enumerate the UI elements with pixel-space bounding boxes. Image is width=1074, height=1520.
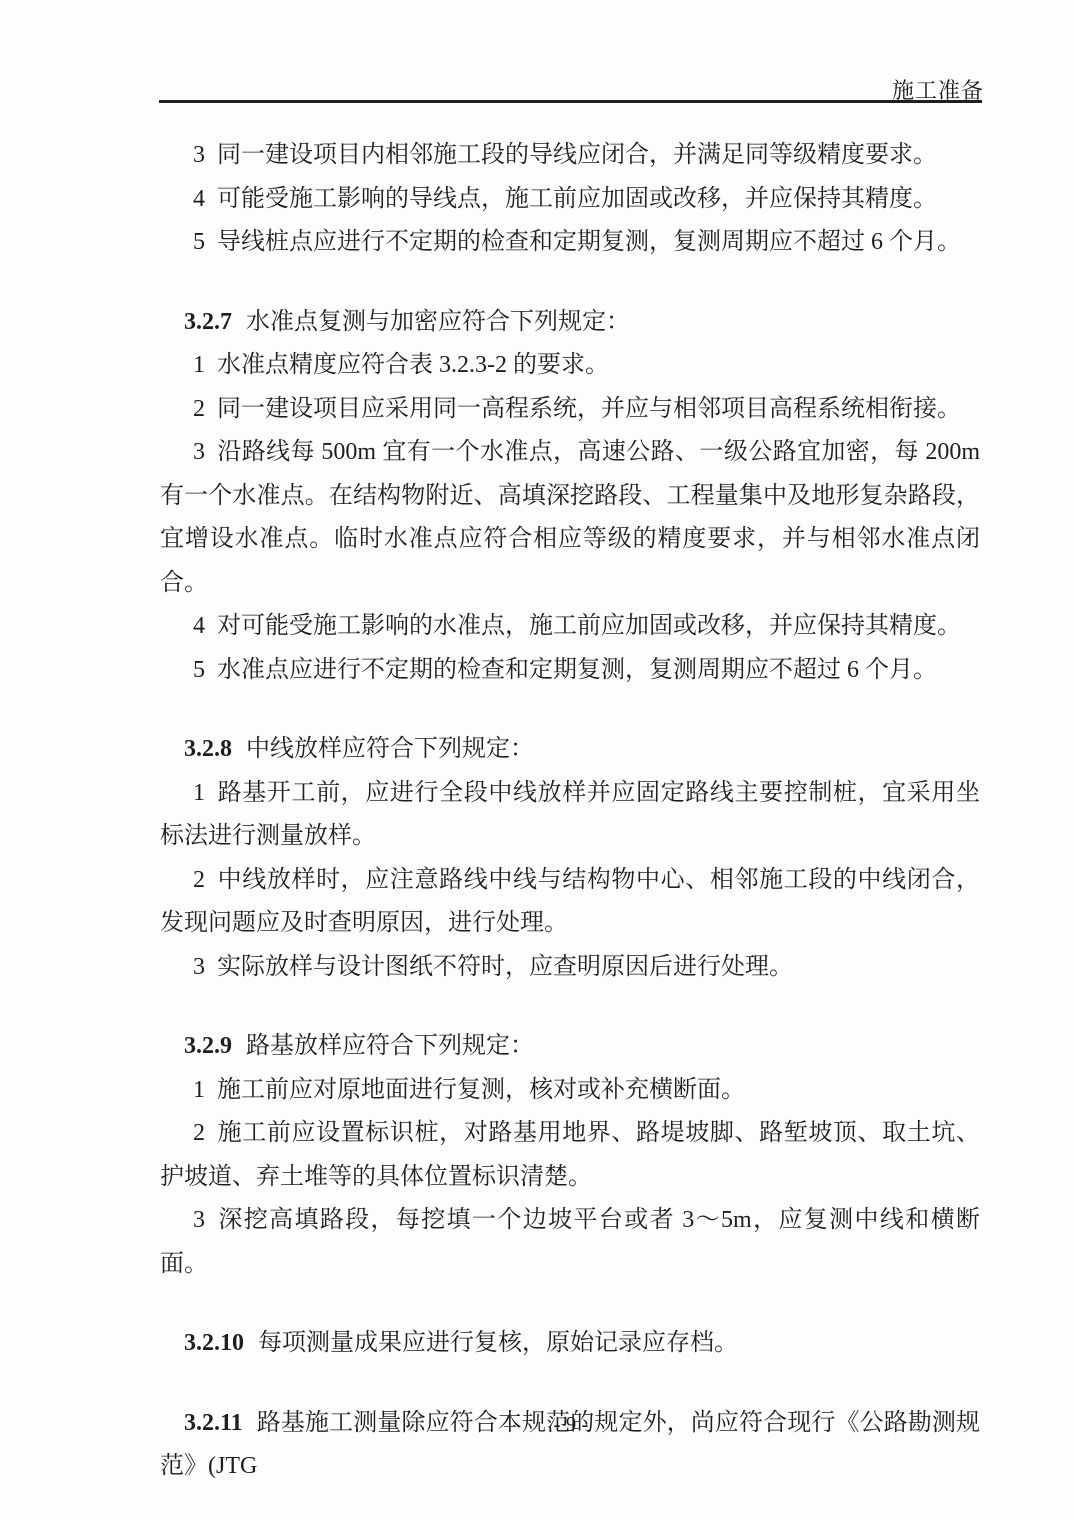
section-text: 每项测量成果应进行复核，原始记录应存档。 — [258, 1330, 738, 1356]
section-number: 3.2.7 — [184, 309, 232, 335]
item-text: 导线桩点应进行不定期的检查和定期复测，复测周期应不超过 6 个月。 — [217, 229, 961, 255]
item-text: 实际放样与设计图纸不符时，应查明原因后进行处理。 — [217, 954, 793, 980]
item-number: 2 — [193, 867, 205, 893]
document-page: 施工准备 3同一建设项目内相邻施工段的导线应闭合，并满足同等级精度要求。4可能受… — [0, 0, 1074, 1520]
item-paragraph: 3实际放样与设计图纸不符时，应查明原因后进行处理。 — [160, 946, 980, 990]
item-text: 路基开工前，应进行全段中线放样并应固定路线主要控制桩，宜采用坐标法进行测量放样。 — [160, 780, 980, 850]
item-paragraph: 2同一建设项目应采用同一高程系统，并应与相邻项目高程系统相衔接。 — [160, 388, 980, 432]
item-text: 沿路线每 500m 宜有一个水准点，高速公路、一级公路宜加密，每 200m 有一… — [160, 439, 980, 596]
item-text: 中线放样时，应注意路线中线与结构物中心、相邻施工段的中线闭合，发现问题应及时查明… — [160, 867, 980, 937]
item-paragraph: 5水准点应进行不定期的检查和定期复测，复测周期应不超过 6 个月。 — [160, 649, 980, 693]
item-text: 同一建设项目应采用同一高程系统，并应与相邻项目高程系统相衔接。 — [217, 396, 961, 422]
item-number: 3 — [193, 439, 205, 465]
section-number: 3.2.8 — [184, 736, 232, 762]
item-paragraph: 2中线放样时，应注意路线中线与结构物中心、相邻施工段的中线闭合，发现问题应及时查… — [160, 859, 980, 946]
section-number: 3.2.10 — [184, 1330, 244, 1356]
item-text: 施工前应对原地面进行复测，核对或补充横断面。 — [217, 1077, 745, 1103]
item-paragraph: 1施工前应对原地面进行复测，核对或补充横断面。 — [160, 1069, 980, 1113]
item-paragraph: 3沿路线每 500m 宜有一个水准点，高速公路、一级公路宜加密，每 200m 有… — [160, 431, 980, 605]
section-paragraph: 3.2.7水准点复测与加密应符合下列规定： — [160, 301, 980, 345]
item-paragraph: 3同一建设项目内相邻施工段的导线应闭合，并满足同等级精度要求。 — [160, 134, 980, 178]
section-paragraph: 3.2.9路基放样应符合下列规定： — [160, 1025, 980, 1069]
item-number: 1 — [193, 352, 205, 378]
document-body: 3同一建设项目内相邻施工段的导线应闭合，并满足同等级精度要求。4可能受施工影响的… — [160, 134, 980, 1489]
item-text: 施工前应设置标识桩，对路基用地界、路堤坡脚、路堑坡顶、取土坑、护坡道、弃土堆等的… — [160, 1120, 980, 1190]
item-text: 水准点应进行不定期的检查和定期复测，复测周期应不超过 6 个月。 — [217, 657, 937, 683]
item-paragraph: 3深挖高填路段，每挖填一个边坡平台或者 3～5m，应复测中线和横断面。 — [160, 1199, 980, 1286]
section-text: 路基放样应符合下列规定： — [246, 1033, 534, 1059]
item-paragraph: 1水准点精度应符合表 3.2.3-2 的要求。 — [160, 344, 980, 388]
section-text: 中线放样应符合下列规定： — [246, 736, 534, 762]
item-text: 可能受施工影响的导线点，施工前应加固或改移，并应保持其精度。 — [217, 186, 937, 212]
item-text: 深挖高填路段，每挖填一个边坡平台或者 3～5m，应复测中线和横断面。 — [160, 1207, 980, 1277]
item-number: 1 — [193, 780, 205, 806]
item-text: 对可能受施工影响的水准点，施工前应加固或改移，并应保持其精度。 — [217, 613, 961, 639]
header-rule — [159, 100, 982, 103]
page-number: - 9 - — [554, 1412, 589, 1436]
section-paragraph: 3.2.10每项测量成果应进行复核，原始记录应存档。 — [160, 1322, 980, 1366]
item-number: 5 — [193, 657, 205, 683]
item-paragraph: 2施工前应设置标识桩，对路基用地界、路堤坡脚、路堑坡顶、取土坑、护坡道、弃土堆等… — [160, 1112, 980, 1199]
item-number: 2 — [193, 1120, 205, 1146]
page-footer: - 9 - — [160, 1412, 982, 1437]
item-paragraph: 5导线桩点应进行不定期的检查和定期复测，复测周期应不超过 6 个月。 — [160, 221, 980, 265]
item-paragraph: 1路基开工前，应进行全段中线放样并应固定路线主要控制桩，宜采用坐标法进行测量放样… — [160, 772, 980, 859]
item-number: 3 — [193, 954, 205, 980]
item-paragraph: 4对可能受施工影响的水准点，施工前应加固或改移，并应保持其精度。 — [160, 605, 980, 649]
item-text: 水准点精度应符合表 3.2.3-2 的要求。 — [217, 352, 609, 378]
item-number: 2 — [193, 396, 205, 422]
item-number: 4 — [193, 613, 205, 639]
item-number: 3 — [193, 1207, 205, 1233]
item-number: 3 — [193, 142, 205, 168]
item-text: 同一建设项目内相邻施工段的导线应闭合，并满足同等级精度要求。 — [217, 142, 937, 168]
section-number: 3.2.9 — [184, 1033, 232, 1059]
item-number: 1 — [193, 1077, 205, 1103]
item-paragraph: 4可能受施工影响的导线点，施工前应加固或改移，并应保持其精度。 — [160, 178, 980, 222]
item-number: 4 — [193, 186, 205, 212]
section-text: 水准点复测与加密应符合下列规定： — [246, 309, 630, 335]
section-paragraph: 3.2.8中线放样应符合下列规定： — [160, 728, 980, 772]
item-number: 5 — [193, 229, 205, 255]
